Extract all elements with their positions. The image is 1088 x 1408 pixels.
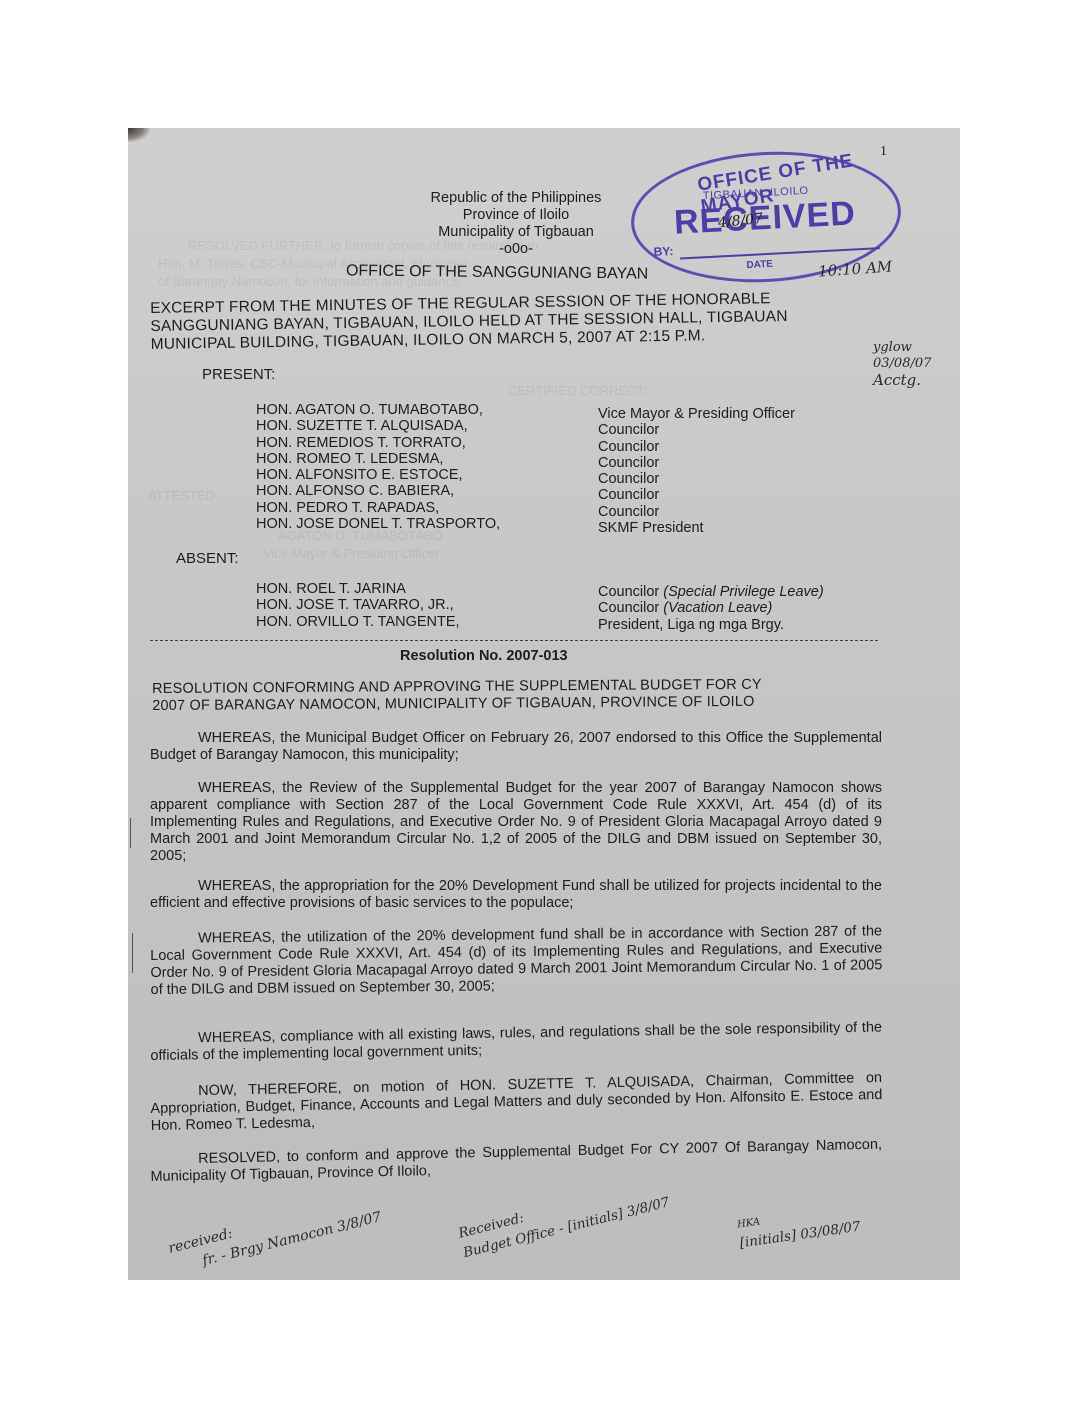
whereas-paragraph-1: WHEREAS, the Municipal Budget Officer on… xyxy=(150,730,882,764)
member-name: HON. ALFONSITO E. ESTOCE, xyxy=(256,467,500,483)
paragraph-text: WHEREAS, the appropriation for the 20% D… xyxy=(150,878,882,911)
resolved-paragraph: RESOLVED, to conform and approve the Sup… xyxy=(150,1137,883,1186)
whereas-paragraph-2: WHEREAS, the Review of the Supplemental … xyxy=(150,780,882,865)
paragraph-text: WHEREAS, compliance with all existing la… xyxy=(150,1020,882,1064)
member-position: Councilor xyxy=(598,439,795,455)
margin-pen-mark xyxy=(130,818,131,848)
minutes-excerpt: EXCERPT FROM THE MINUTES OF THE REGULAR … xyxy=(150,290,788,354)
absent-names: HON. ROEL T. JARINAHON. JOSE T. TAVARRO,… xyxy=(256,581,460,630)
whereas-paragraph-4: WHEREAS, the utilization of the 20% deve… xyxy=(150,923,883,999)
letterhead-separator: -o0o- xyxy=(386,241,646,258)
paragraph-text: WHEREAS, the Municipal Budget Officer on… xyxy=(150,730,882,763)
document-page: RESOLVED FURTHER, to furnish copies of t… xyxy=(128,128,960,1280)
margin-note-initials: yglow xyxy=(873,340,931,356)
office-title: OFFICE OF THE SANGGUNIANG BAYAN xyxy=(346,262,648,283)
member-name: HON. REMEDIOS T. TORRATO, xyxy=(256,435,500,451)
margin-note-date: 03/08/07 xyxy=(873,356,931,372)
paragraph-text: RESOLVED, to conform and approve the Sup… xyxy=(150,1137,882,1185)
present-label: PRESENT: xyxy=(202,366,275,383)
member-name: HON. AGATON O. TUMABOTABO, xyxy=(256,402,500,418)
bleed-through-text: Vice Mayor & Presiding Officer xyxy=(263,546,440,561)
member-position: Councilor xyxy=(598,504,795,520)
member-position: Councilor xyxy=(598,422,795,438)
member-name: HON. JOSE DONEL T. TRASPORTO, xyxy=(256,516,500,532)
margin-note-text: Acctg. xyxy=(873,372,931,388)
letterhead: Republic of the Philippines Province of … xyxy=(386,190,646,258)
stamp-by-label: BY: xyxy=(653,244,673,259)
margin-note: yglow 03/08/07 Acctg. xyxy=(873,340,931,388)
member-position: Councilor xyxy=(598,487,795,503)
member-name: HON. ROMEO T. LEDESMA, xyxy=(256,451,500,467)
handwritten-receipt-budget-office: Received: Budget Office - [initials] 3/8… xyxy=(456,1173,671,1263)
stamp-date-label: DATE xyxy=(746,259,773,271)
member-name: HON. ALFONSO C. BABIERA, xyxy=(256,483,500,499)
resolution-number: Resolution No. 2007-013 xyxy=(400,648,568,664)
stamp-status: RECEIVED xyxy=(673,194,857,242)
member-position: Councilor xyxy=(598,471,795,487)
absent-positions: Councilor (Special Privilege Leave)Counc… xyxy=(598,584,824,633)
member-position: Councilor (Special Privilege Leave) xyxy=(598,584,824,600)
whereas-paragraph-3: WHEREAS, the appropriation for the 20% D… xyxy=(150,878,882,912)
member-position: SKMF President xyxy=(598,520,795,536)
leave-note: (Special Privilege Leave) xyxy=(659,584,823,600)
paragraph-text: WHEREAS, the utilization of the 20% deve… xyxy=(150,923,882,998)
now-therefore-paragraph: NOW, THEREFORE, on motion of HON. SUZETT… xyxy=(150,1070,883,1135)
present-positions: Vice Mayor & Presiding OfficerCouncilorC… xyxy=(598,406,795,536)
resolution-title-line: 2007 OF BARANGAY NAMOCON, MUNICIPALITY O… xyxy=(152,694,762,715)
page-corner-shadow xyxy=(128,128,150,142)
bleed-through-text: ATTESTED: xyxy=(148,488,219,503)
paragraph-text: WHEREAS, the Review of the Supplemental … xyxy=(150,780,882,864)
stamp-signature-line xyxy=(680,247,880,259)
member-position: Councilor (Vacation Leave) xyxy=(598,600,824,616)
letterhead-country: Republic of the Philippines xyxy=(386,190,646,207)
paragraph-text: NOW, THEREFORE, on motion of HON. SUZETT… xyxy=(150,1070,882,1134)
resolution-title: RESOLUTION CONFORMING AND APPROVING THE … xyxy=(152,677,762,715)
present-names: HON. AGATON O. TUMABOTABO,HON. SUZETTE T… xyxy=(256,402,500,532)
member-name: HON. PEDRO T. RAPADAS, xyxy=(256,500,500,516)
margin-pen-mark xyxy=(132,933,133,973)
absent-label: ABSENT: xyxy=(176,550,239,567)
handwritten-receipt-barangay: received: fr. - Brgy Namocon 3/8/07 xyxy=(166,1188,383,1279)
leave-note: (Vacation Leave) xyxy=(659,600,772,616)
member-position: President, Liga ng mga Brgy. xyxy=(598,617,824,633)
member-position: Councilor xyxy=(598,455,795,471)
letterhead-province: Province of Iloilo xyxy=(386,207,646,224)
member-name: HON. JOSE T. TAVARRO, JR., xyxy=(256,597,460,613)
member-name: HON. ROEL T. JARINA xyxy=(256,581,460,597)
bleed-through-text: CERTIFIED CORRECT: xyxy=(508,383,646,398)
stamp-handwritten-time: 10:10 AM xyxy=(817,257,892,280)
whereas-paragraph-5: WHEREAS, compliance with all existing la… xyxy=(150,1020,882,1065)
member-position: Vice Mayor & Presiding Officer xyxy=(598,406,795,422)
member-name: HON. ORVILLO T. TANGENTE, xyxy=(256,614,460,630)
letterhead-municipality: Municipality of Tigbauan xyxy=(386,224,646,241)
dashed-separator xyxy=(150,640,878,641)
handwritten-receipt-initials: HKA [initials] 03/08/07 xyxy=(736,1200,862,1253)
member-name: HON. SUZETTE T. ALQUISADA, xyxy=(256,418,500,434)
